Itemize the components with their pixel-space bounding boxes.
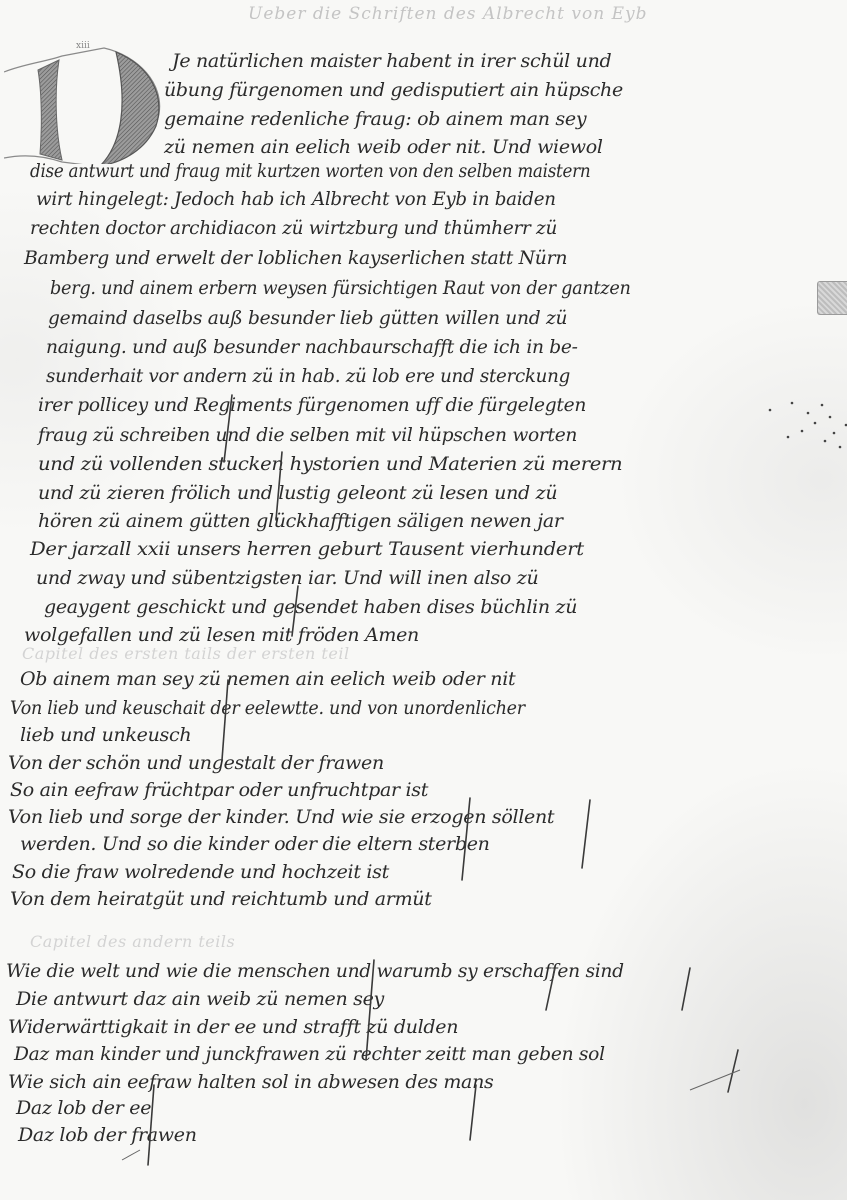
manuscript-page: Ueber die Schriften des Albrecht von Eyb…	[0, 0, 847, 1200]
pen-descender-strokes	[0, 0, 847, 1200]
page-edge-tab	[817, 281, 847, 315]
margin-speckles	[760, 395, 847, 485]
